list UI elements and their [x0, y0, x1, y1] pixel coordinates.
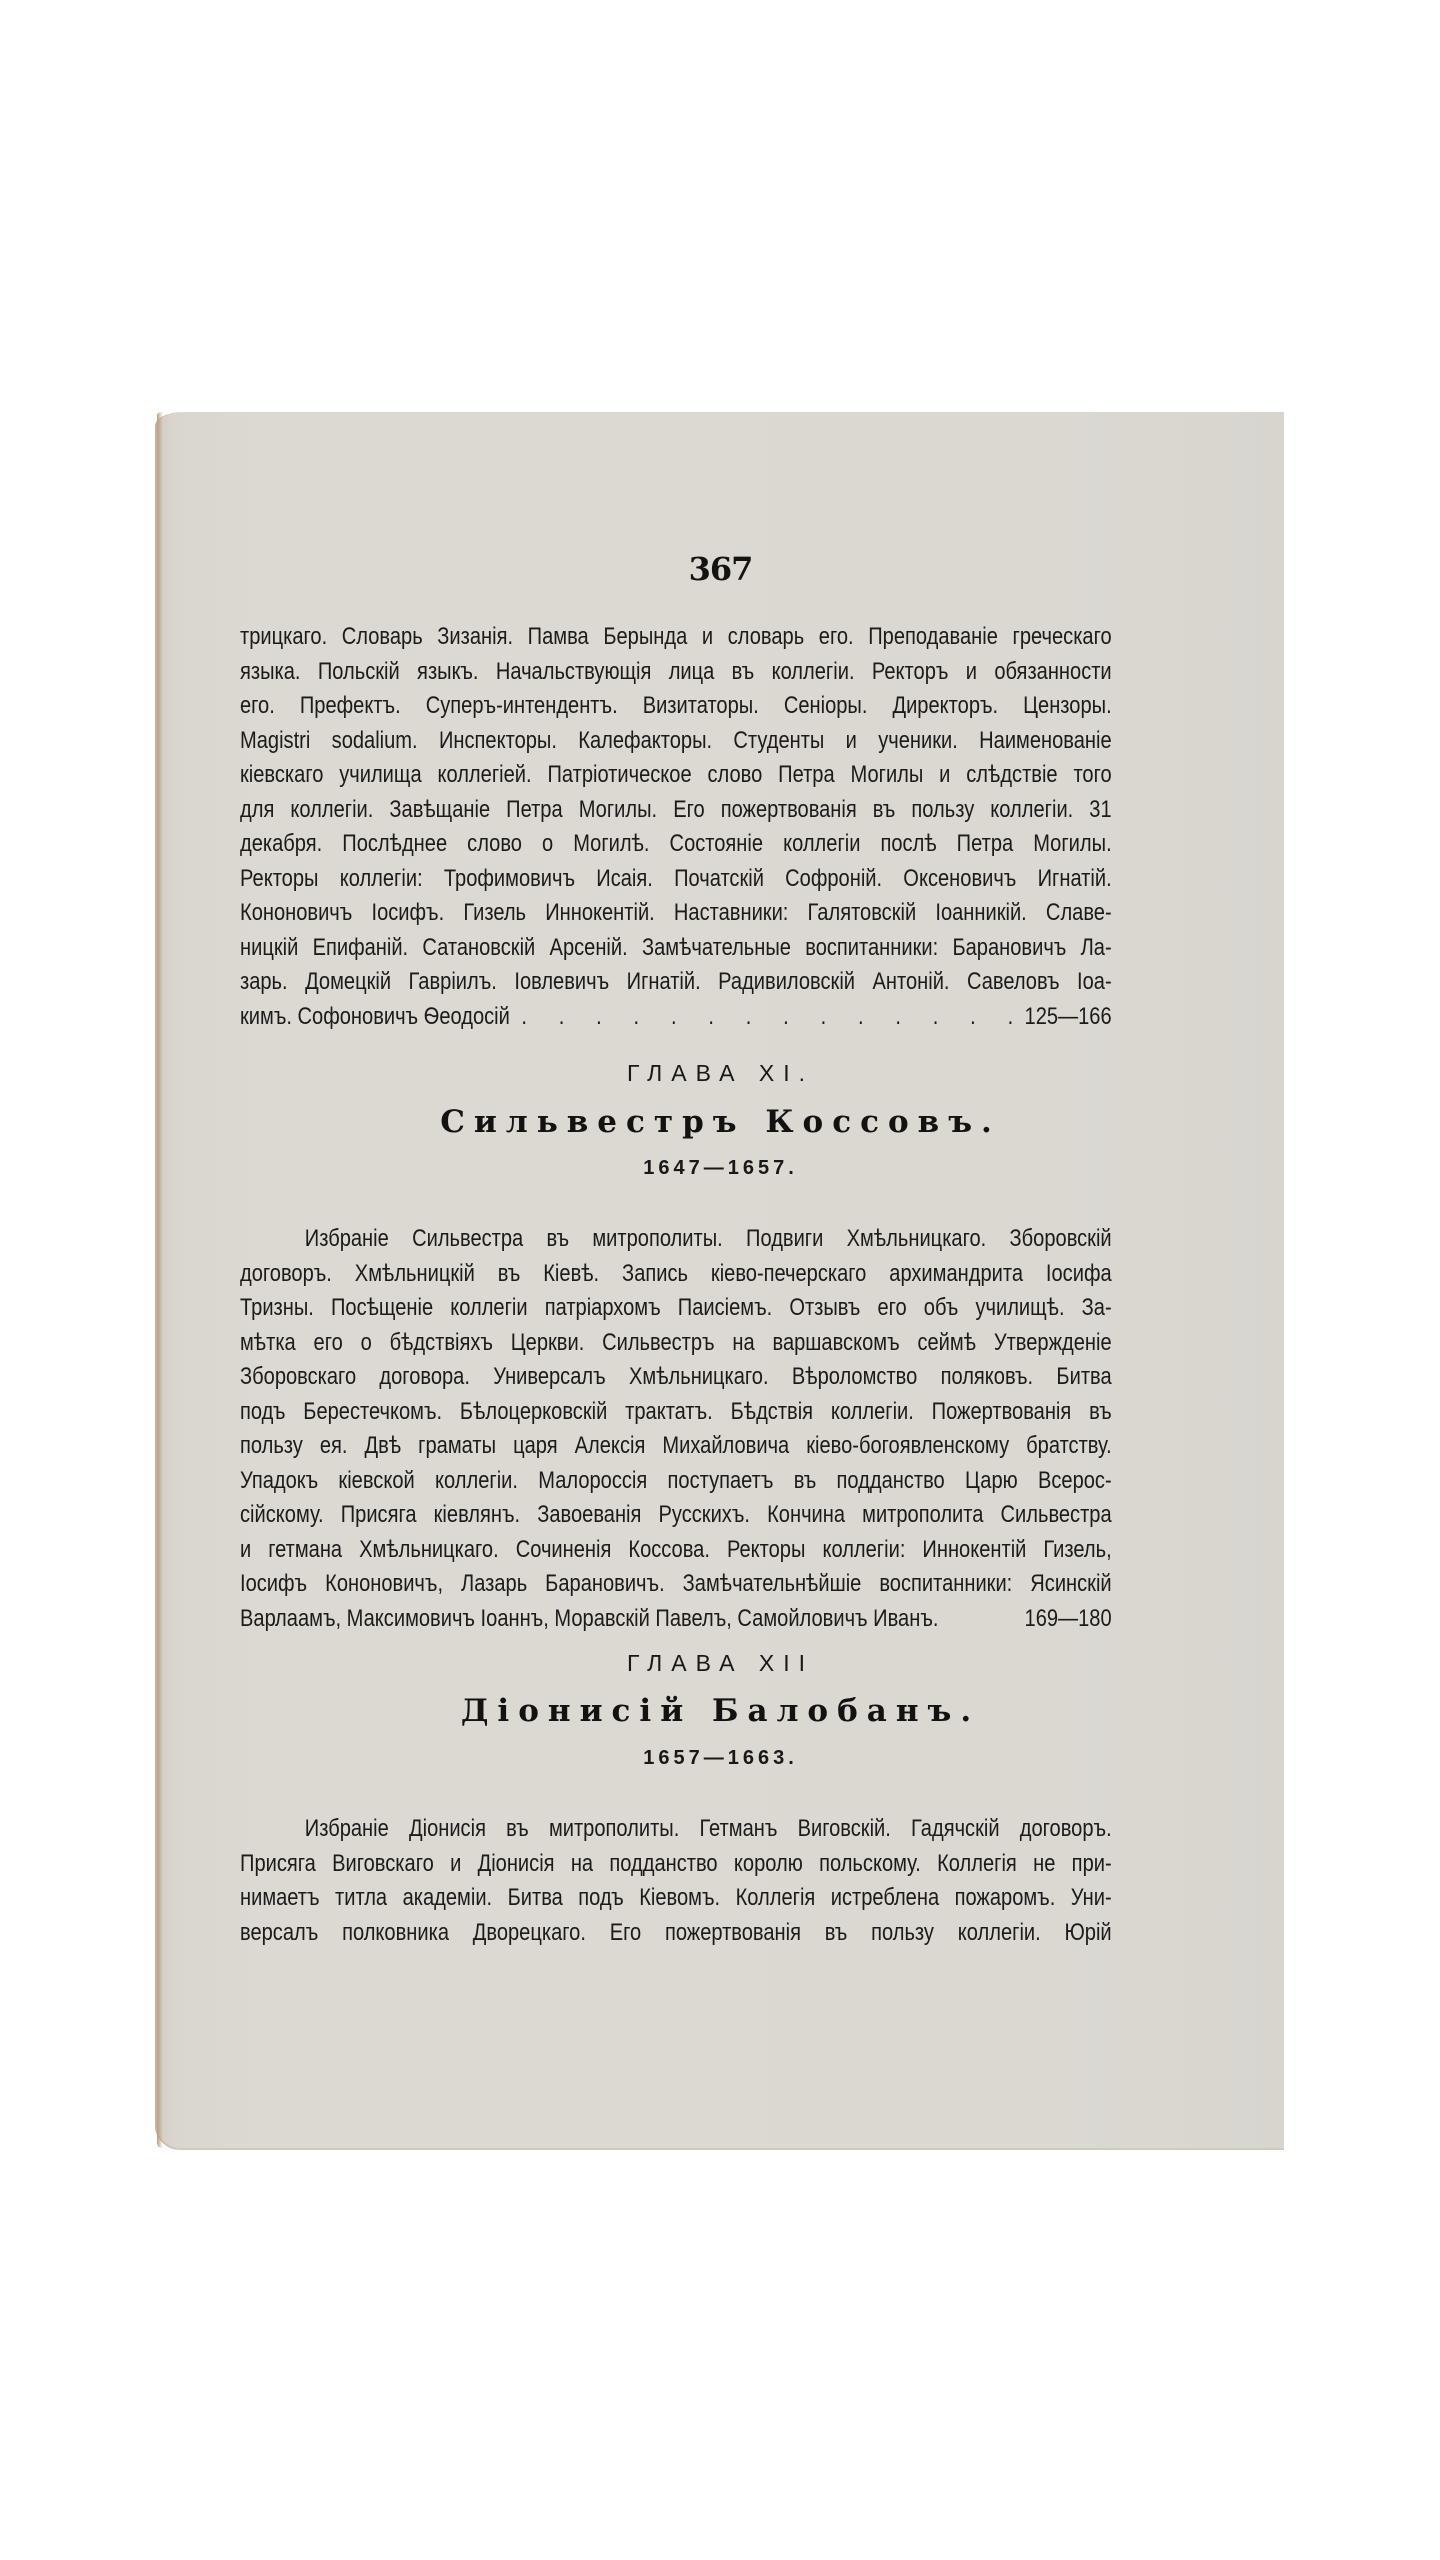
- text-line: Присяга Виговскаго и Діонисія на подданс…: [240, 1847, 1112, 1882]
- chapter-years: 1647—1657.: [157, 1157, 1284, 1180]
- continued-section: трицкаго. Словарь Зизанія. Памва Берында…: [240, 620, 1112, 1034]
- toc-entry-text: Варлаамъ, Максимовичъ Іоаннъ, Моравскій …: [240, 1602, 938, 1637]
- text-line: Зборовскаго договора. Универсалъ Хмѣльни…: [240, 1360, 1112, 1395]
- toc-entry-line: кимъ. Софоновичъ Ѳеодосій . . . . . . . …: [240, 1000, 1112, 1035]
- chapter-label: ГЛАВА XI.: [157, 1060, 1284, 1087]
- text-line: трицкаго. Словарь Зизанія. Памва Берында…: [240, 620, 1112, 655]
- page-range: 169—180: [1018, 1602, 1112, 1637]
- text-line: и гетмана Хмѣльницкаго. Сочиненія Коссов…: [240, 1533, 1112, 1568]
- chapter-title: Сильвестръ Коссовъ.: [157, 1104, 1284, 1140]
- text-line: Іосифъ Кононовичъ, Лазарь Барановичъ. За…: [240, 1567, 1112, 1602]
- chapter-paragraph: Избраніе Діонисія въ митрополиты. Гетман…: [240, 1812, 1112, 1950]
- text-line: пользу ея. Двѣ граматы царя Алексія Миха…: [240, 1429, 1112, 1464]
- text-line: кіевскаго училища коллегіей. Патріотичес…: [240, 758, 1112, 793]
- text-line: ницкій Епифаній. Сатановскій Арсеній. За…: [240, 931, 1112, 966]
- text-line: подъ Берестечкомъ. Бѣлоцерковскій тракта…: [240, 1395, 1112, 1430]
- chapter-title: Діонисій Балобанъ.: [157, 1693, 1284, 1729]
- text-line: Magistri sodalium. Инспекторы. Калефакто…: [240, 724, 1112, 759]
- text-line: Тризны. Посѣщеніе коллегіи патріархомъ П…: [240, 1291, 1112, 1326]
- page-number: 367: [157, 550, 1284, 588]
- text-line: языка. Польскій языкъ. Начальствующія ли…: [240, 655, 1112, 690]
- text-line: сійскому. Присяга кіевлянъ. Завоеванія Р…: [240, 1498, 1112, 1533]
- text-line: зарь. Домецкій Гавріилъ. Іовлевичъ Игнат…: [240, 965, 1112, 1000]
- chapter-summary: Избраніе Сильвестра въ митрополиты. Подв…: [240, 1222, 1112, 1636]
- toc-entry-line: Варлаамъ, Максимовичъ Іоаннъ, Моравскій …: [240, 1602, 1112, 1637]
- chapter-paragraph: Избраніе Сильвестра въ митрополиты. Подв…: [240, 1222, 1112, 1636]
- text-line: Кононовичъ Іосифъ. Гизель Иннокентій. На…: [240, 896, 1112, 931]
- chapter-years: 1657—1663.: [157, 1747, 1284, 1770]
- text-line: Избраніе Сильвестра въ митрополиты. Подв…: [240, 1222, 1112, 1257]
- continued-paragraph: трицкаго. Словарь Зизанія. Памва Берында…: [240, 620, 1112, 1034]
- text-line: договоръ. Хмѣльницкій въ Кіевѣ. Запись к…: [240, 1257, 1112, 1292]
- book-page: 367 трицкаго. Словарь Зизанія. Памва Бер…: [157, 412, 1284, 2148]
- text-line: декабря. Послѣднее слово о Могилѣ. Состо…: [240, 827, 1112, 862]
- chapter-label: ГЛАВА XII: [157, 1650, 1284, 1677]
- page-range: 125—166: [1018, 1000, 1112, 1035]
- text-line: Ректоры коллегіи: Трофимовичъ Исаія. Поч…: [240, 862, 1112, 897]
- chapter-summary: Избраніе Діонисія въ митрополиты. Гетман…: [240, 1812, 1112, 1950]
- text-line: Упадокъ кіевской коллегіи. Малороссія по…: [240, 1464, 1112, 1499]
- text-line: для коллегіи. Завѣщаніе Петра Могилы. Ег…: [240, 793, 1112, 828]
- text-line: его. Префектъ. Суперъ-интендентъ. Визита…: [240, 689, 1112, 724]
- text-line: нимаетъ титла академіи. Битва подъ Кіево…: [240, 1881, 1112, 1916]
- text-line: версалъ полковника Дворецкаго. Его пожер…: [240, 1916, 1112, 1951]
- text-line: Избраніе Діонисія въ митрополиты. Гетман…: [240, 1812, 1112, 1847]
- toc-entry-text: кимъ. Софоновичъ Ѳеодосій: [240, 1000, 510, 1035]
- text-line: мѣтка его о бѣдствіяхъ Церкви. Сильвестр…: [240, 1326, 1112, 1361]
- leader-dots: . . . . . . . . . . . . . . . . .: [510, 1000, 1018, 1035]
